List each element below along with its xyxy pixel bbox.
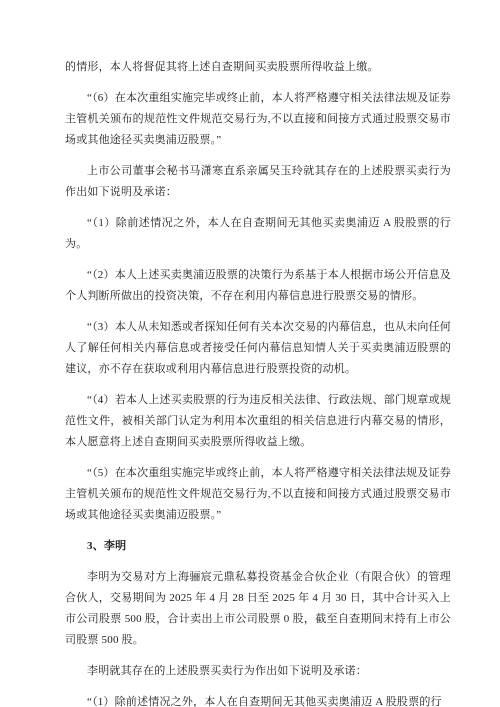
paragraph-commitment-5: “（5）在本次重组实施完毕或终止前，本人将严格遵守相关法律法规及证券主管机关颁布…	[65, 463, 451, 526]
paragraph-wu-yuling-intro: 上市公司董事会秘书马潇寒直系亲属吴玉玲就其存在的上述股票买卖行为作出如下说明及承…	[65, 161, 451, 203]
paragraph-continuation: 的情形，本人将督促其将上述自查期间买卖股票所得收益上缴。	[65, 57, 451, 78]
paragraph-li-ming-commitment-1-partial: “（1）除前述情况之外，本人在自查期间无其他买卖奥浦迈 A 股股票的行	[65, 692, 451, 707]
document-page: 的情形，本人将督促其将上述自查期间买卖股票所得收益上缴。 “（6）在本次重组实施…	[0, 0, 500, 707]
paragraph-commitment-3: “（3）本人从未知悉或者探知任何有关本次交易的内幕信息，也从未向任何人了解任何相…	[65, 317, 451, 380]
section-heading-li-ming: 3、李明	[65, 536, 451, 557]
paragraph-li-ming-trading-details: 李明为交易对方上海骊宸元鼎私募投资基金合伙企业（有限合伙）的管理合伙人，交易期间…	[65, 567, 451, 651]
paragraph-commitment-1: “（1）除前述情况之外，本人在自查期间无其他买卖奥浦迈 A 股股票的行为。	[65, 213, 451, 255]
paragraph-li-ming-intro: 李明就其存在的上述股票买卖行为作出如下说明及承诺：	[65, 661, 451, 682]
paragraph-commitment-2: “（2）本人上述买卖奥浦迈股票的决策行为系基于本人根据市场公开信息及个人判断所做…	[65, 265, 451, 307]
paragraph-commitment-4: “（4）若本人上述买卖股票的行为违反相关法律、行政法规、部门规章或规范性文件，被…	[65, 390, 451, 453]
paragraph-commitment-6: “（6）在本次重组实施完毕或终止前，本人将严格遵守相关法律法规及证券主管机关颁布…	[65, 88, 451, 151]
